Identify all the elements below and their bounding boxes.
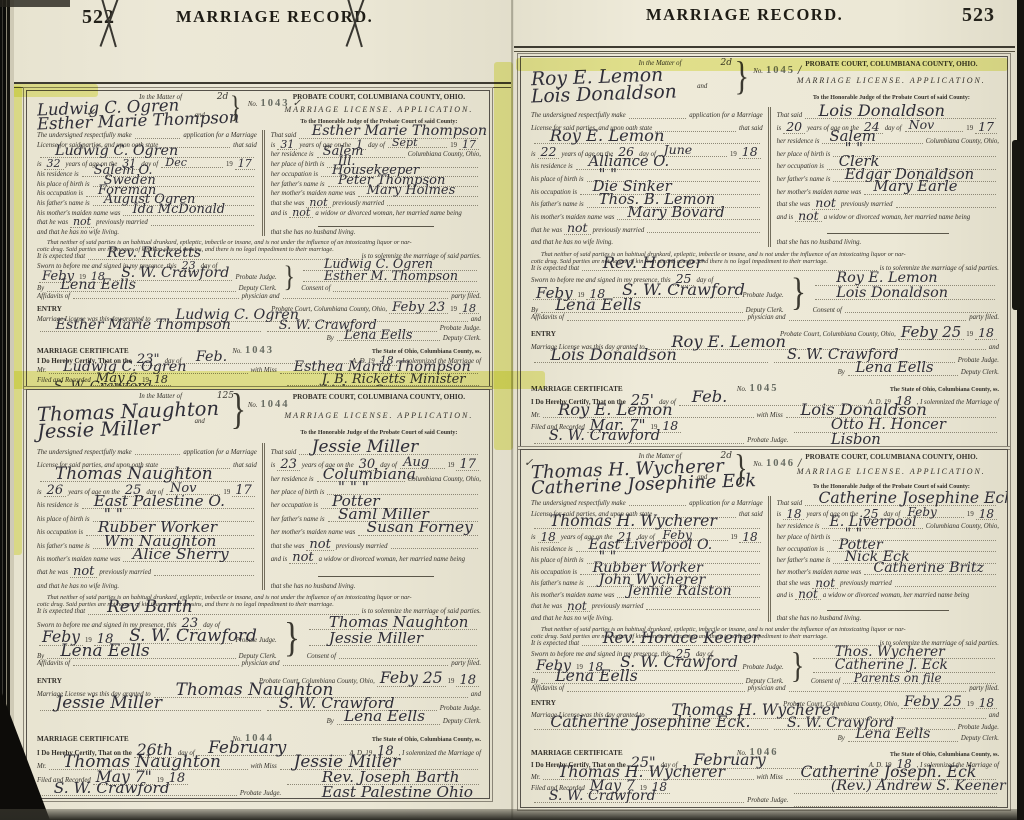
entry-label: ENTRY: [531, 331, 556, 339]
court-heading-block: PROBATE COURT, COLUMBIANA COUNTY, OHIO. …: [784, 454, 999, 491]
entry-label: ENTRY: [37, 306, 62, 314]
form-label: is: [531, 151, 536, 158]
filed-block: Filed and RecordedMay 61918 S. W. Crawfo…: [37, 375, 281, 387]
bride-signature: Jessie Miller: [309, 631, 477, 645]
minister-expected-field: Rev. Ricketts: [88, 259, 359, 260]
form-label: that she was: [271, 543, 305, 550]
minister-expected-field: Rev Barth: [88, 614, 359, 615]
form-label: The undersigned respectfully make: [531, 112, 626, 119]
form-label: his occupation is: [37, 190, 83, 197]
form-label: her place of birth is: [271, 161, 325, 168]
form-label: is: [37, 489, 42, 496]
blank-line: [646, 609, 759, 610]
probate-court-heading: PROBATE COURT, COLUMBIANA COUNTY, OHIO.: [277, 394, 481, 402]
form-label: his residence is: [531, 546, 573, 553]
header-rule-right: [514, 46, 1015, 52]
record-header: In the Matter of Thomas Naughton Jessie …: [37, 392, 481, 439]
form-label: By: [327, 718, 334, 725]
groom-mother-field: Ida McDonald: [123, 215, 253, 216]
certificate-groom-field: Roy E. Lemon: [543, 417, 753, 418]
margin-annotation: 2d: [721, 451, 733, 461]
minister-block: J. B. Ricketts Minister Lisbon, O.: [281, 375, 481, 387]
certificate-section: MARRIAGE CERTIFICATENo.1044The State of …: [37, 730, 481, 799]
clerk-signature-field: Lena Eells: [541, 312, 742, 313]
form-label: Consent of: [811, 678, 840, 685]
bride-name-field: Catherine Josephine Eck: [805, 505, 996, 506]
groom-mother-field: Jennie Ralston: [617, 597, 759, 598]
probate-court-heading: PROBATE COURT, COLUMBIANA COUNTY, OHIO.: [784, 61, 999, 69]
form-label: her occupation is: [271, 171, 318, 178]
form-label: his occupation is: [37, 529, 83, 536]
groom-column: The undersigned respectfully makeapplica…: [37, 130, 262, 237]
form-label: That neither of said parties is an habit…: [531, 626, 999, 633]
form-label: is: [777, 511, 782, 518]
minister-place: [794, 795, 997, 808]
sworn-block: Sworn to before me and signed in my pres…: [531, 272, 999, 314]
application-columns: The undersigned respectfully makeapplica…: [37, 443, 481, 590]
probate-court-heading: PROBATE COURT, COLUMBIANA COUNTY, OHIO.: [277, 94, 481, 102]
scan-edge-right: [1017, 0, 1024, 820]
no-label: No.: [737, 386, 747, 393]
form-label: 19: [731, 534, 738, 541]
form-label: her mother's maiden name was: [271, 529, 356, 536]
form-label: That neither of said parties is an habit…: [37, 594, 481, 601]
form-label: her residence is: [777, 523, 820, 530]
record-header: In the Matter of Roy E. Lemon Lois Donal…: [531, 59, 999, 103]
form-label: 19: [966, 125, 973, 132]
certificate-label: MARRIAGE CERTIFICATE: [37, 736, 129, 744]
form-label: his father's name is: [531, 201, 584, 208]
form-label: previously married: [336, 543, 388, 550]
form-label: Columbiana County, Ohio,: [926, 138, 999, 145]
margin-annotation: 2d: [217, 92, 229, 102]
form-label: That neither of said parties is an habit…: [37, 239, 481, 246]
bride-mother-field: Susan Forney: [358, 535, 478, 536]
filed-block: Filed and RecordedMar. 7"1918 S. W. Craw…: [531, 419, 788, 447]
minister-signature: (Rev.) Andrew S. Keener: [794, 781, 997, 794]
form-label: Deputy Clerk.: [961, 735, 999, 742]
page-gutter: [511, 0, 513, 820]
minister-expected-field: Rev. Honcer: [582, 270, 877, 271]
blank-line: [655, 131, 736, 132]
form-label: Consent of: [301, 285, 330, 292]
record-1044: In the Matter of Thomas Naughton Jessie …: [26, 389, 490, 799]
blank-line: [73, 298, 239, 299]
court-heading-block: PROBATE COURT, COLUMBIANA COUNTY, OHIO. …: [784, 61, 999, 102]
entry-date: Feby 25: [898, 326, 964, 340]
statutory-clause: That neither of said parties is an habit…: [531, 251, 999, 265]
form-label: cotic drug. Said parties are not nearer …: [531, 633, 999, 640]
bride-mother-field: Mary Earle: [864, 194, 996, 195]
sworn-block: Sworn to before me and signed in my pres…: [37, 261, 481, 293]
entry-date: Feby 25: [901, 696, 965, 709]
form-label: is: [37, 161, 42, 168]
blank-line: [895, 586, 996, 587]
marriage-record: In the Matter of Ludwig C. Ogren Esther …: [27, 91, 489, 386]
court-heading-block: PROBATE COURT, COLUMBIANA COUNTY, OHIO. …: [277, 94, 481, 125]
entry-label: ENTRY: [531, 700, 556, 708]
minister-place: Lisbon: [794, 434, 997, 447]
form-label: previously married: [841, 201, 893, 208]
form-label: The undersigned respectfully make: [531, 500, 626, 507]
form-label: is: [777, 125, 782, 132]
form-label: physician and: [748, 314, 786, 321]
form-label: her place of birth is: [777, 534, 831, 541]
sworn-block: Sworn to before me and signed in my pres…: [531, 647, 999, 685]
minister-expected-field: Rev. Horace Keener: [582, 645, 877, 646]
bride-column: That saidEsther Marie Thompson is31years…: [262, 130, 481, 237]
clerk-signature-field: Lena Eells: [47, 291, 235, 292]
form-label: Probate Judge.: [440, 325, 481, 332]
form-label: a widow or divorced woman, her married n…: [824, 214, 970, 221]
marriage-record: In the Matter of Roy E. Lemon Lois Donal…: [521, 57, 1007, 446]
form-label: 19: [450, 142, 457, 149]
groom-mother-field: Alice Sherry: [123, 561, 253, 562]
form-label: Probate Judge.: [440, 705, 481, 712]
form-label: 19: [226, 161, 233, 168]
form-label: Probate Court, Columbiana County, Ohio,: [780, 331, 896, 338]
no-label: No.: [753, 461, 763, 468]
form-label: previously married: [96, 219, 148, 226]
form-label: It is expected that: [531, 640, 579, 647]
jurat: Sworn to before me and signed in my pres…: [531, 272, 784, 314]
form-label: , I solemnized the Marriage of: [399, 750, 481, 757]
form-label: Deputy Clerk.: [746, 307, 784, 314]
blank-line: [73, 665, 239, 666]
application-columns: The undersigned respectfully makeapplica…: [37, 130, 481, 237]
consent-field: [845, 312, 996, 313]
certificate-footer: Filed and RecordedMar. 7"1918 S. W. Craw…: [531, 419, 999, 447]
form-label: application for a Marriage: [689, 500, 762, 507]
pencil-x-mark: [338, 0, 372, 46]
form-label: that he was: [531, 603, 562, 610]
bride-mother-field: Catherine Britz: [864, 574, 996, 575]
clerk-signature-field: Lena Eells: [47, 658, 235, 659]
form-label: previously married: [593, 227, 645, 234]
blank-line: [135, 138, 181, 139]
entry-clerk-field: Lena Eells: [337, 340, 440, 341]
blank-line: [283, 665, 449, 666]
bride-name-field: Jessie Miller: [299, 454, 478, 455]
consent-field: [339, 658, 478, 659]
form-label: By: [37, 285, 44, 292]
form-label: That said: [271, 449, 297, 456]
affidavits-row: Affidavits ofphysician andparty filed.: [37, 660, 481, 667]
entry-bride-field: Lois Donaldson: [534, 362, 768, 363]
brace-glyph: }: [230, 91, 241, 122]
brace-glyph: }: [735, 56, 750, 97]
margin-annotation: 2d: [721, 58, 733, 68]
form-label: Probate Judge.: [240, 790, 281, 797]
form-label: It is expected that: [37, 608, 85, 615]
form-label: physician and: [242, 293, 280, 300]
form-label: that said: [739, 125, 763, 132]
filed-block: Filed and RecordedMay 7"1918 S. W. Crawf…: [37, 771, 281, 799]
form-label: 19: [448, 462, 455, 469]
brace-glyph: }: [790, 647, 804, 685]
scan-blemish: [1012, 140, 1020, 310]
bride-mother-field: Mary Holmes: [358, 196, 478, 197]
signatures-block: Thomas Naughton Jessie Miller Consent of: [307, 616, 481, 660]
form-label: Columbiana County, Ohio,: [926, 523, 999, 530]
license-application-heading: MARRIAGE LICENSE. APPLICATION.: [277, 106, 481, 115]
form-label: her occupation is: [271, 502, 318, 509]
form-label: Deputy Clerk.: [961, 369, 999, 376]
brace-glyph: }: [283, 261, 295, 293]
form-label: The undersigned respectfully make: [37, 132, 132, 139]
certificate-section: MARRIAGE CERTIFICATENo.1045The State of …: [531, 381, 999, 447]
bride-residence-field: Salem: [822, 143, 922, 144]
clerk-signature-field: Lena Eells: [541, 683, 742, 684]
form-label: his father's name is: [37, 200, 90, 207]
groom-mother-field: Mary Bovard: [617, 219, 759, 220]
form-label: 19: [730, 151, 737, 158]
entry-section: ENTRYProbate Court, Columbiana County, O…: [531, 326, 999, 377]
bride-name-field: Lois Donaldson: [805, 118, 996, 119]
bride-column: That saidLois Donaldson is20years of age…: [768, 107, 999, 247]
bride-name-heading: Catherine Josephine Eck: [531, 476, 690, 495]
brace-glyph: }: [230, 389, 245, 432]
certificate-groom-field: Thomas H. Wycherer: [543, 779, 753, 780]
form-label: Affidavits of: [37, 293, 70, 300]
form-label: and: [471, 691, 481, 698]
form-label: application for a Marriage: [689, 112, 762, 119]
form-label: his mother's maiden name was: [37, 556, 120, 563]
bride-signature: Lois Donaldson: [815, 287, 995, 301]
certificate-section: MARRIAGE CERTIFICATENo.1046The State of …: [531, 747, 999, 808]
blank-line: [789, 691, 967, 692]
form-label: It is expected that: [37, 253, 85, 260]
form-label: and that he has no wife living.: [531, 615, 613, 622]
blank-line: [789, 320, 967, 321]
form-label: is: [271, 142, 276, 149]
filed-judge-field: S. W. Crawford: [534, 802, 744, 803]
minister-block: Otto H. Honcer Lisbon: [788, 419, 999, 447]
record-header: In the Matter of Thomas H. Wycherer Cath…: [531, 452, 999, 492]
no-label: No.: [248, 402, 258, 409]
signatures-block: Roy E. Lemon Lois Donaldson Consent of: [813, 272, 999, 314]
blank-line: [647, 232, 759, 233]
form-label: By: [531, 307, 538, 314]
no-label: No.: [753, 68, 763, 75]
form-label: her place of birth is: [777, 151, 831, 158]
no-label: No.: [248, 101, 258, 108]
jurat: Sworn to before me and signed in my pres…: [531, 647, 784, 685]
bride-month-field: Sept: [388, 147, 447, 148]
bride-column: That saidCatherine Josephine Eck is18yea…: [768, 496, 999, 623]
form-label: her father's name is: [271, 516, 325, 523]
form-label: Mr.: [37, 763, 46, 770]
brace-glyph: }: [284, 616, 300, 660]
form-label: that said: [233, 142, 257, 149]
form-label: Probate Judge.: [958, 724, 999, 731]
form-label: That neither of said parties is an habit…: [531, 251, 999, 258]
form-label: cotic drug. Said parties are not nearer …: [531, 258, 999, 265]
entry-clerk-field: Lena Eells: [848, 741, 958, 742]
entry-bride-field: Jessie Miller: [40, 710, 261, 711]
blank-line: [629, 505, 687, 506]
form-label: her occupation is: [777, 163, 824, 170]
record-1045: In the Matter of Roy E. Lemon Lois Donal…: [520, 56, 1008, 447]
form-label: his place of birth is: [37, 516, 90, 523]
form-label: that he was: [37, 219, 68, 226]
form-label: previously married: [840, 580, 892, 587]
form-label: his father's name is: [531, 580, 584, 587]
form-label: her residence is: [271, 476, 314, 483]
form-label: It is expected that: [531, 265, 579, 272]
bride-residence-field: E. Liverpool: [822, 528, 922, 529]
form-label: application for a Marriage: [183, 132, 256, 139]
no-label: No.: [232, 348, 242, 355]
form-label: Probate Judge.: [747, 797, 788, 804]
blank-line: [283, 298, 449, 299]
form-label: By: [531, 678, 538, 685]
page-number-right: 523: [962, 4, 995, 27]
filed-judge-field: S. W. Crawford: [534, 443, 744, 444]
application-columns: The undersigned respectfully makeapplica…: [531, 107, 999, 247]
form-label: By: [838, 735, 845, 742]
bride-name-heading: Esther Marie Thompson: [37, 113, 188, 131]
form-label: application for a Marriage: [183, 449, 256, 456]
entry-label: ENTRY: [37, 678, 62, 686]
and-label: and: [697, 83, 707, 90]
groom-month-field: Dec: [161, 167, 223, 168]
minister-block: Rev. Joseph Barth East Palestine Ohio: [281, 771, 481, 799]
certificate-footer: Filed and RecordedMay 71918 S. W. Crawfo…: [531, 781, 999, 808]
certificate-footer: Filed and RecordedMay 7"1918 S. W. Crawf…: [37, 771, 481, 799]
groom-name-field: Roy E. Lemon: [534, 143, 760, 144]
form-label: Affidavits of: [531, 685, 564, 692]
form-label: and that he has no wife living.: [37, 583, 119, 590]
blank-line: [567, 691, 745, 692]
form-label: Mr.: [531, 412, 540, 419]
signatures-block: Ludwig C. Ogren Esther M. Thompson Conse…: [301, 261, 481, 293]
groom-column: The undersigned respectfully makeapplica…: [531, 107, 768, 247]
certificate-label: MARRIAGE CERTIFICATE: [37, 348, 129, 356]
form-label: Affidavits of: [37, 660, 70, 667]
form-label: Deputy Clerk.: [443, 718, 481, 725]
statutory-clause: That neither of said parties is an habit…: [37, 594, 481, 608]
form-label: previously married: [99, 569, 151, 576]
form-label: and is: [271, 556, 287, 563]
form-label: his occupation is: [531, 189, 577, 196]
form-label: 19: [967, 511, 974, 518]
form-label: Affidavits of: [531, 314, 564, 321]
bride-signature: Esther M. Thompson: [303, 272, 477, 282]
form-label: a widow or divorced woman, her married n…: [823, 592, 969, 599]
and-label: and: [195, 418, 205, 425]
form-label: Columbiana County, Ohio,: [408, 476, 481, 483]
form-label: with Miss: [757, 774, 783, 781]
blank-line: [391, 548, 479, 549]
form-label: her residence is: [271, 151, 314, 158]
form-label: that he was: [531, 227, 562, 234]
minister-signature: Otto H. Honcer: [794, 419, 997, 433]
entry-section: ENTRYProbate Court, Columbiana County, O…: [37, 672, 481, 726]
entry-section: ENTRYProbate Court, Columbiana County, O…: [531, 697, 999, 743]
form-label: a widow or divorced woman, her married n…: [319, 556, 465, 563]
form-label: a widow or divorced woman, her married n…: [315, 210, 461, 217]
form-label: her occupation is: [777, 546, 824, 553]
form-label: is: [531, 534, 536, 541]
form-label: cotic drug. Said parties are not nearer …: [37, 601, 481, 608]
certificate-footer: Filed and RecordedMay 61918 S. W. Crawfo…: [37, 375, 481, 387]
form-label: Deputy Clerk.: [239, 653, 277, 660]
form-label: Probate Judge.: [742, 292, 783, 299]
statutory-clause: That neither of said parties is an habit…: [37, 239, 481, 253]
entry-clerk-field: Lena Eells: [848, 375, 958, 376]
bride-name-heading: Jessie Miller: [37, 420, 188, 441]
brace-glyph: }: [734, 450, 747, 487]
certificate-section: MARRIAGE CERTIFICATENo.1043The State of …: [37, 346, 481, 387]
form-label: party filed.: [969, 685, 999, 692]
form-label: Consent of: [307, 653, 336, 660]
license-application-heading: MARRIAGE LICENSE. APPLICATION.: [784, 468, 999, 477]
groom-signature: Roy E. Lemon: [815, 272, 995, 286]
header-rule-left: [14, 82, 511, 88]
form-label: and: [989, 344, 999, 351]
certificate-number-line: No.1045: [737, 383, 779, 394]
groom-name-field: Thomas H. Wycherer: [534, 528, 760, 529]
and-label: and: [697, 474, 707, 481]
groom-column: The undersigned respectfully makeapplica…: [37, 443, 262, 590]
bride-month-field: Nov: [905, 131, 964, 132]
form-label: Consent of: [813, 307, 842, 314]
form-label: 19: [448, 678, 455, 685]
certificate-number: 1045: [750, 383, 779, 394]
form-label: is: [271, 462, 276, 469]
form-label: By: [327, 335, 334, 342]
form-label: with Miss: [757, 412, 783, 419]
groom-column: The undersigned respectfully makeapplica…: [531, 496, 768, 623]
consent-field: Parents on file: [843, 683, 996, 684]
entry-bride-field: Esther Marie Thompson: [40, 331, 261, 332]
form-label: that she has no husband living.: [271, 583, 356, 590]
form-label: his father's name is: [37, 543, 90, 550]
form-label: and that he has no wife living.: [531, 239, 613, 246]
form-label: and: [471, 316, 481, 323]
form-label: his place of birth is: [531, 176, 584, 183]
form-label: that she has no husband living.: [271, 229, 356, 236]
form-label: his occupation is: [531, 569, 577, 576]
blank-line: [135, 454, 181, 455]
probate-court-heading: PROBATE COURT, COLUMBIANA COUNTY, OHIO.: [784, 454, 999, 462]
form-label: his residence is: [531, 163, 573, 170]
form-label: day of: [885, 125, 902, 132]
form-label: and is: [777, 592, 793, 599]
form-label: that said: [739, 511, 763, 518]
form-label: that said: [233, 462, 257, 469]
form-label: , I solemnized the Marriage of: [917, 399, 999, 406]
form-label: and is: [271, 210, 287, 217]
form-label: 19: [967, 701, 974, 708]
form-label: his residence is: [37, 171, 79, 178]
license-application-heading: MARRIAGE LICENSE. APPLICATION.: [784, 77, 999, 86]
application-columns: The undersigned respectfully makeapplica…: [531, 496, 999, 623]
entry-date: Feby 25: [377, 672, 446, 686]
blank-line: [151, 225, 254, 226]
form-label: that she has no husband living.: [777, 239, 862, 246]
blank-line: [387, 205, 478, 206]
bride-name-field: Esther Marie Thompson: [299, 138, 478, 139]
minister-place: East Palestine Ohio: [287, 786, 479, 799]
certificate-number: 1043: [245, 345, 274, 356]
form-label: that she has no husband living.: [777, 615, 862, 622]
bride-name-heading: Lois Donaldson: [531, 86, 690, 105]
form-label: 19: [966, 331, 973, 338]
certificate-groom-field: Ludwig C. Ogren: [49, 373, 247, 374]
entry-clerk-field: Lena Eells: [337, 724, 440, 725]
